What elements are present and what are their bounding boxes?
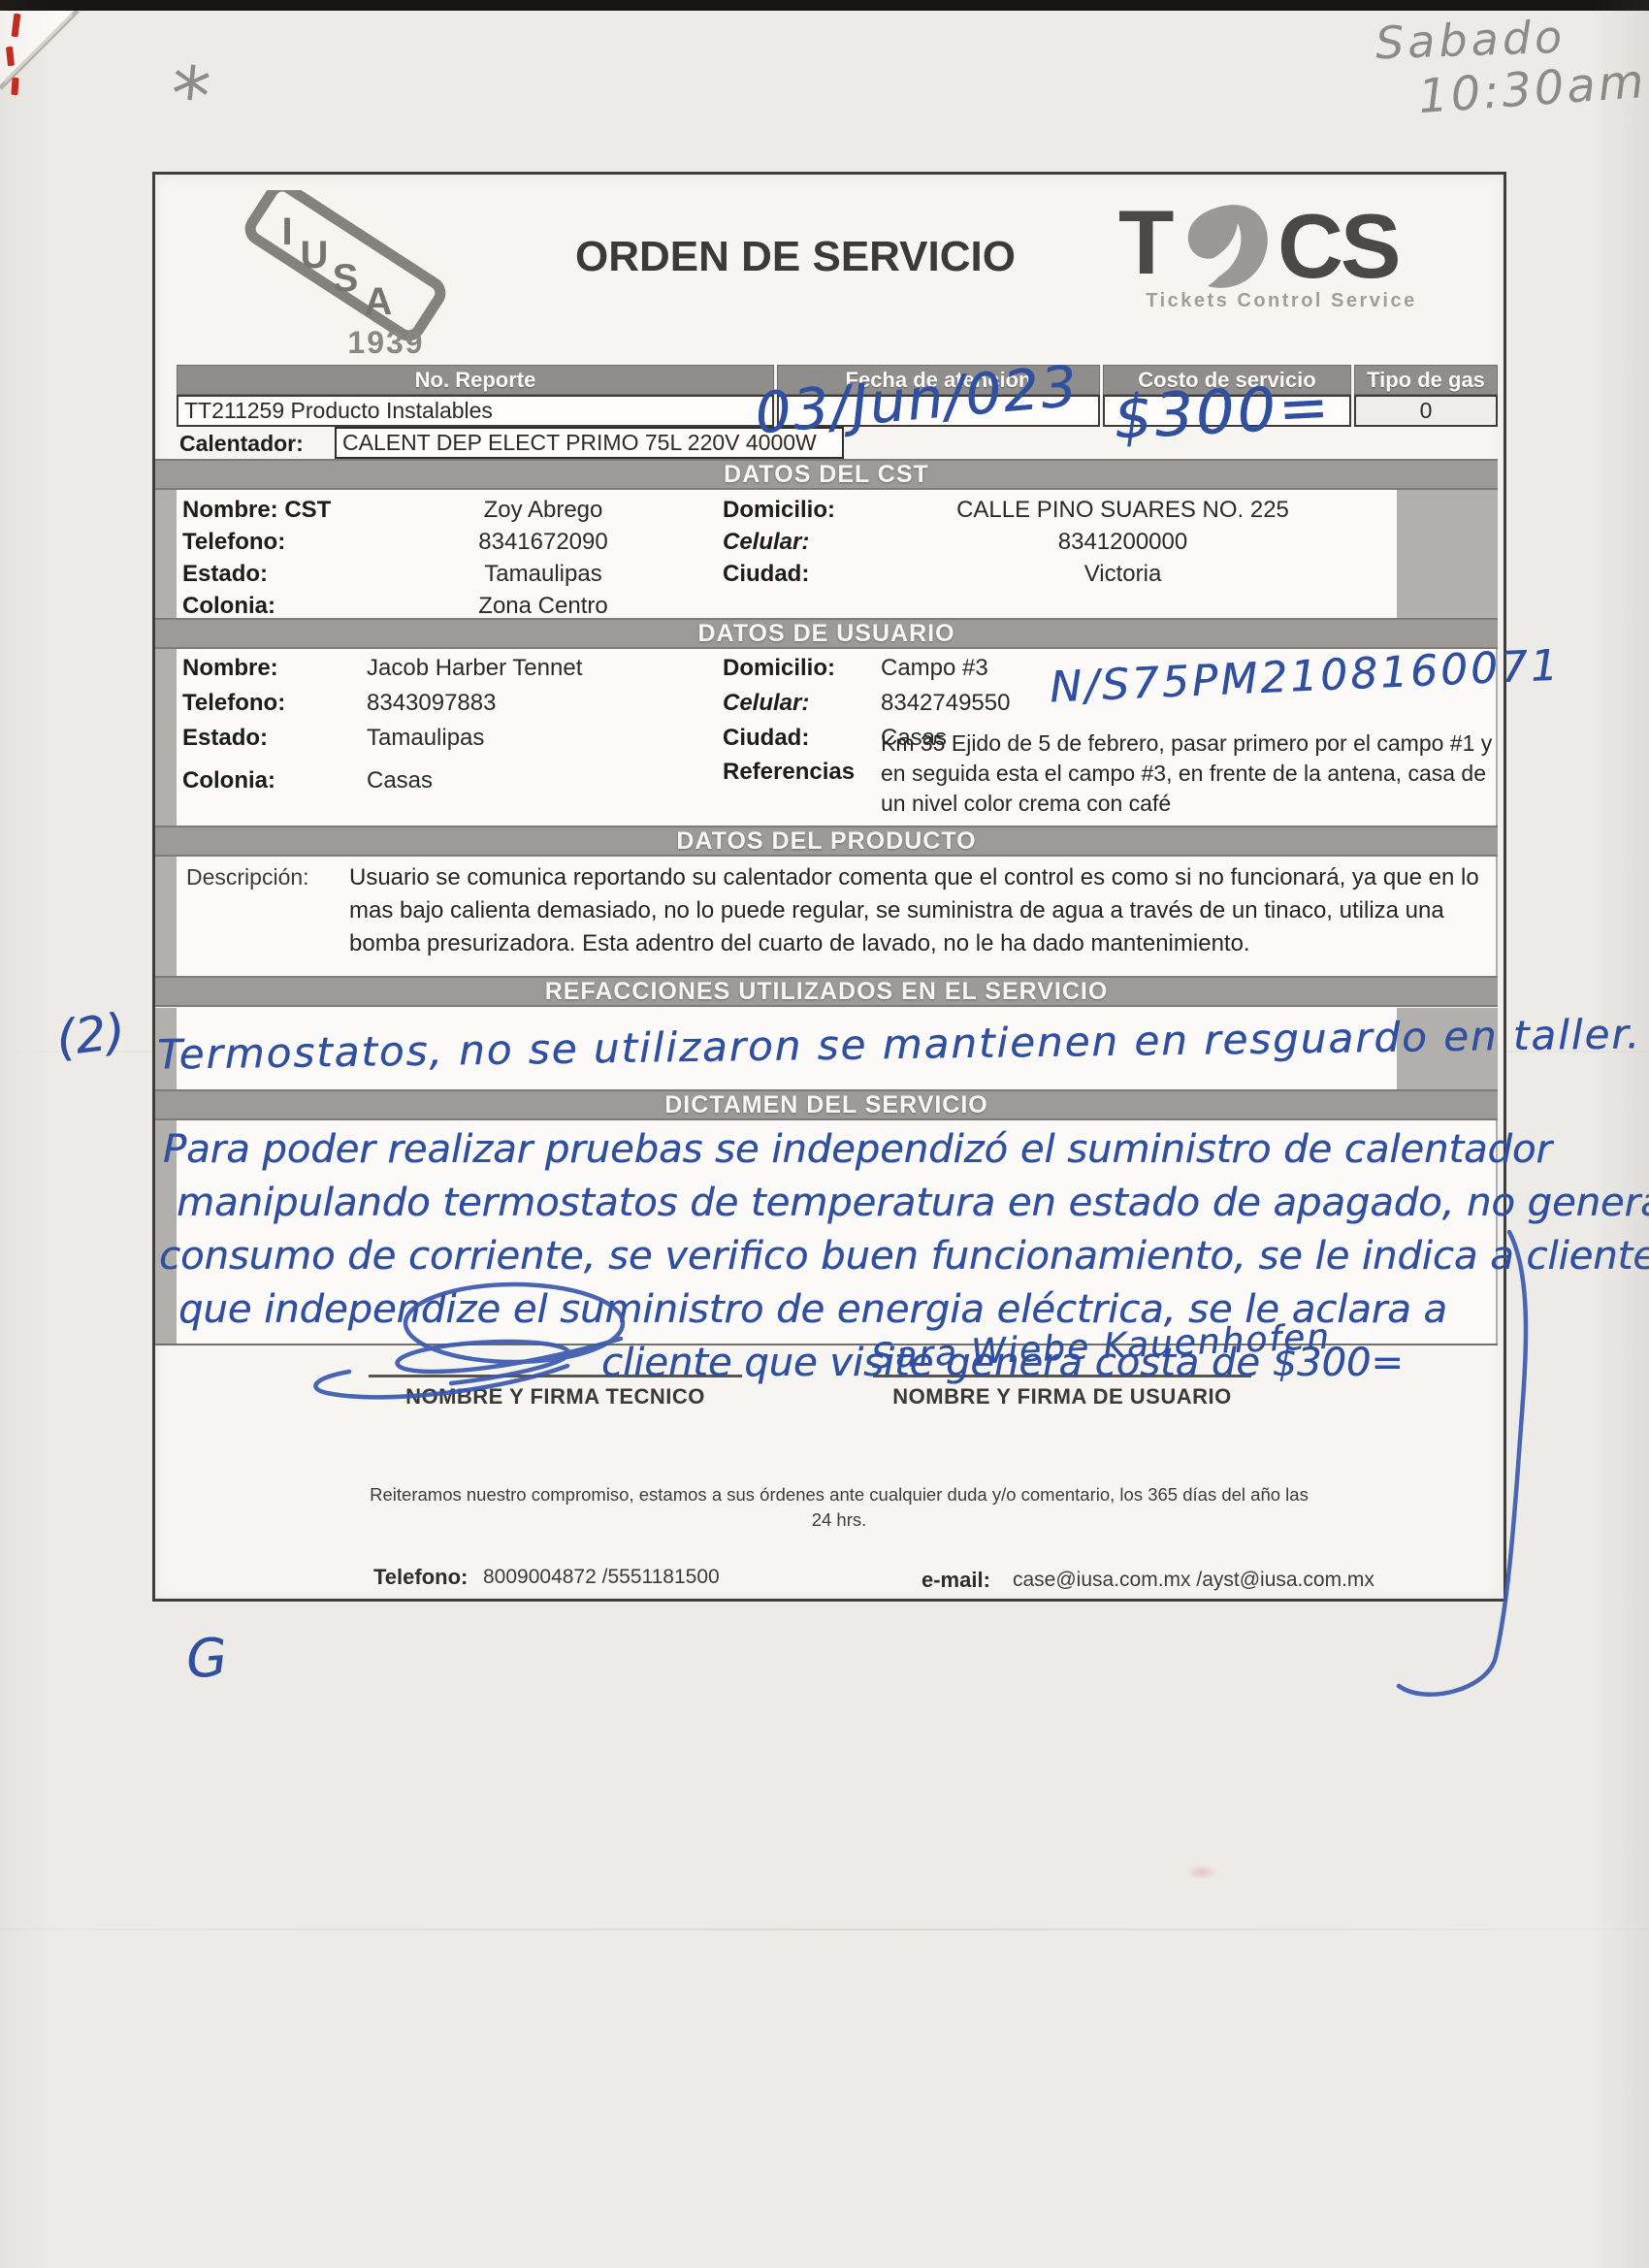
cst-label-celular: Celular: <box>723 529 809 556</box>
calentador-label: Calentador: <box>179 431 304 457</box>
footer-email-label: e-mail: <box>921 1568 990 1593</box>
cst-value-estado: Tamaulipas <box>364 561 723 588</box>
section-datos-del-cst: Nombre: CST Zoy Abrego Domicilio: CALLE … <box>155 490 1498 618</box>
footer-telefono-value: 8009004872 /5551181500 <box>483 1566 720 1589</box>
banner-dictamen: DICTAMEN DEL SERVICIO <box>155 1089 1498 1120</box>
handwritten-refacciones-count: (2) <box>53 1003 128 1067</box>
iusa-letter: I <box>281 211 292 253</box>
tcs-logo-cs: CS <box>1277 196 1399 297</box>
usuario-label-referencias: Referencias <box>723 759 855 786</box>
usuario-value-colonia: Casas <box>367 767 433 794</box>
usuario-label-nombre: Nombre: <box>182 655 278 682</box>
tecnico-signature-scribble <box>276 1279 781 1419</box>
iusa-logo-icon: I U S A 1939 <box>219 190 501 363</box>
col-header-no-reporte: No. Reporte <box>177 365 774 395</box>
dictamen-line: Para poder realizar pruebas se independi… <box>163 1123 1649 1177</box>
col-header-tipo-gas: Tipo de gas <box>1354 365 1498 395</box>
iusa-letter: S <box>333 257 359 300</box>
footer-compromiso-text: Reiteramos nuestro compromiso, estamos a… <box>359 1482 1319 1533</box>
long-pen-stroke <box>1377 1224 1547 1724</box>
usuario-label-estado: Estado: <box>182 725 268 752</box>
usuario-value-domicilio: Campo #3 <box>881 655 988 682</box>
form-title: ORDEN DE SERVICIO <box>543 233 1048 281</box>
usuario-value-estado: Tamaulipas <box>367 725 484 752</box>
usuario-label-colonia: Colonia: <box>182 767 275 794</box>
usuario-value-celular: 8342749550 <box>881 690 1010 717</box>
cst-value-nombre: Zoy Abrego <box>364 497 723 524</box>
handwritten-costo: $300= <box>1112 371 1333 453</box>
cst-label-colonia: Colonia: <box>182 593 275 620</box>
banner-datos-del-producto: DATOS DEL PRODUCTO <box>155 826 1498 857</box>
paper-crease <box>0 1928 1649 1930</box>
cst-label-estado: Estado: <box>182 561 268 588</box>
cst-value-celular: 8341200000 <box>873 529 1373 556</box>
footer-telefono-label: Telefono: <box>373 1565 468 1590</box>
banner-refacciones: REFACCIONES UTILIZADOS EN EL SERVICIO <box>155 976 1498 1007</box>
dictamen-line: manipulando termostatos de temperatura e… <box>177 1177 1649 1230</box>
corner-note-day: Sabado <box>1374 11 1567 70</box>
tcs-logo-subtitle: Tickets Control Service <box>1146 290 1416 311</box>
section-datos-del-producto: Descripción: Usuario se comunica reporta… <box>155 857 1498 976</box>
usuario-value-telefono: 8343097883 <box>367 690 496 717</box>
usuario-value-referencias: Km 35 Ejido de 5 de febrero, pasar prime… <box>881 729 1511 819</box>
iusa-year: 1939 <box>347 325 424 360</box>
cst-value-ciudad: Victoria <box>873 561 1373 588</box>
iusa-letter: U <box>301 234 329 276</box>
cst-value-colonia: Zona Centro <box>364 593 723 620</box>
banner-datos-de-usuario: DATOS DE USUARIO <box>155 618 1498 649</box>
footer-email-value: case@iusa.com.mx /ayst@iusa.com.mx <box>1013 1569 1374 1592</box>
descripcion-label: Descripción: <box>186 864 309 891</box>
cst-value-domicilio: CALLE PINO SUARES NO. 225 <box>873 497 1373 524</box>
descripcion-text: Usuario se comunica reportando su calent… <box>349 861 1479 960</box>
scanned-service-order-page: * Sabado 10:30am I U S A 1939 ORDEN DE S… <box>0 0 1649 2268</box>
tipo-gas-value: 0 <box>1354 395 1498 427</box>
pencil-asterisk-mark: * <box>166 49 214 143</box>
cst-value-telefono: 8341672090 <box>364 529 723 556</box>
scanner-edge-strip <box>0 0 1649 11</box>
tcs-logo-t: T <box>1118 196 1174 293</box>
usuario-label-celular: Celular: <box>723 690 809 717</box>
cst-label-domicilio: Domicilio: <box>723 497 835 524</box>
usuario-label-domicilio: Domicilio: <box>723 655 835 682</box>
paper-smudge <box>1185 1864 1218 1880</box>
no-reporte-value: TT211259 Producto Instalables <box>177 395 774 427</box>
tcs-logo-icon: T CS Tickets Control Service <box>1101 196 1450 314</box>
usuario-label-telefono: Telefono: <box>182 690 285 717</box>
usuario-label-ciudad: Ciudad: <box>723 725 809 752</box>
cst-label-nombre: Nombre: CST <box>182 497 331 524</box>
usuario-value-nombre: Jacob Harber Tennet <box>367 655 582 682</box>
cst-label-ciudad: Ciudad: <box>723 561 809 588</box>
iusa-letter: A <box>365 280 393 323</box>
red-edge-mark <box>11 78 18 95</box>
banner-datos-del-cst: DATOS DEL CST <box>155 459 1498 490</box>
handwritten-bottom-mark: G <box>184 1627 229 1691</box>
cst-label-telefono: Telefono: <box>182 529 285 556</box>
